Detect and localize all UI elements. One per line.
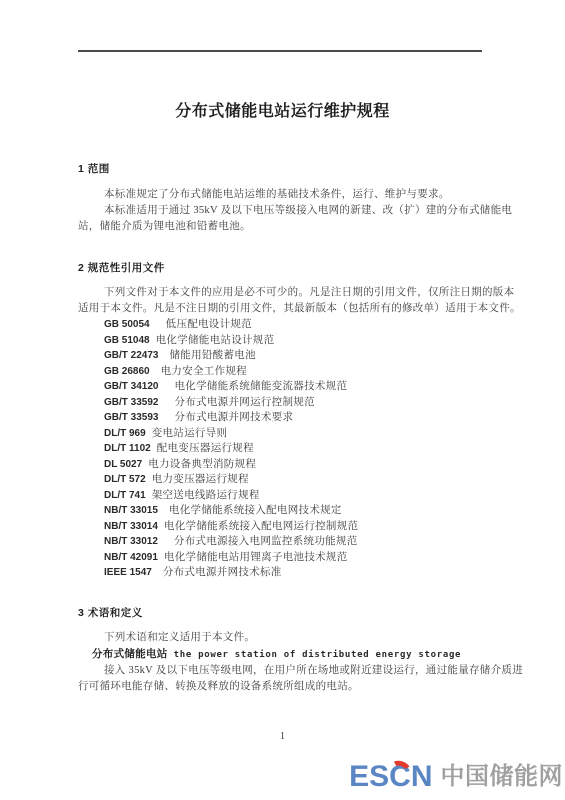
- reference-item: DL/T 969变电站运行导则: [78, 426, 498, 442]
- escn-site-name: 中国储能网: [441, 760, 564, 794]
- reference-code: GB/T 34120: [104, 381, 158, 392]
- reference-item: GB 50054低压配电设计规范: [78, 317, 498, 333]
- reference-code: NB/T 33014: [104, 521, 158, 532]
- reference-title: 分布式电源并网运行控制规范: [174, 397, 314, 408]
- reference-item: GB 26860电力安全工作规程: [78, 364, 498, 380]
- reference-title: 电力变压器运行规程: [152, 474, 249, 485]
- section-scope-heading: 1 范围: [78, 161, 498, 177]
- reference-title: 分布式电源并网技术要求: [174, 412, 293, 423]
- reference-code: GB/T 33593: [104, 412, 158, 423]
- section-scope: 1 范围 本标准规定了分布式储能电站运维的基础技术条件，运行、维护与要求。 本标…: [78, 161, 498, 235]
- reference-item: GB/T 33593分布式电源并网技术要求: [78, 410, 498, 426]
- section-terms-definitions: 3 术语和定义 下列术语和定义适用于本文件。 分布式储能电站the power …: [78, 605, 498, 695]
- section-normative-references: 2 规范性引用文件 下列文件对于本文件的应用是必不可少的。凡是注日期的引用文件，…: [78, 260, 498, 581]
- document-page: 分布式储能电站运行维护规程 1 范围 本标准规定了分布式储能电站运维的基础技术条…: [0, 0, 565, 800]
- reference-title: 低压配电设计规范: [166, 319, 252, 330]
- reference-title: 电力安全工作规程: [161, 366, 247, 377]
- reference-item: GB/T 33592分布式电源并网运行控制规范: [78, 395, 498, 411]
- term-zh: 分布式储能电站: [92, 648, 168, 660]
- reference-code: GB 51048: [104, 335, 150, 346]
- reference-item: IEEE 1547分布式电源并网技术标准: [78, 565, 498, 581]
- reference-title: 电化学储能系统储能变流器技术规范: [174, 381, 347, 392]
- reference-title: 电力设备典型消防规程: [148, 459, 256, 470]
- reference-code: DL/T 969: [104, 428, 146, 439]
- text-line: 接入 35kV 及以下电压等级电网，在用户所在场地或附近建设运行，通过能量存储介…: [78, 663, 498, 679]
- reference-title: 分布式电源接入电网监控系统功能规范: [174, 536, 358, 547]
- reference-title: 分布式电源并网技术标准: [163, 567, 282, 578]
- text-line: 本标准规定了分布式储能电站运维的基础技术条件，运行、维护与要求。: [78, 187, 498, 203]
- reference-code: GB 26860: [104, 366, 150, 377]
- text-line: 下列文件对于本文件的应用是必不可少的。凡是注日期的引用文件，仅所注日期的版本: [78, 285, 498, 301]
- term-definition-title: 分布式储能电站the power station of distributed …: [78, 646, 498, 663]
- reference-code: GB/T 33592: [104, 397, 158, 408]
- reference-item: NB/T 33012分布式电源接入电网监控系统功能规范: [78, 534, 498, 550]
- reference-title: 电化学储能系统接入配电网运行控制规范: [164, 521, 358, 532]
- reference-item: NB/T 42091电化学储能电站用锂离子电池技术规范: [78, 550, 498, 566]
- reference-item: NB/T 33015电化学储能系统接入配电网技术规定: [78, 503, 498, 519]
- term-en: the power station of distributed energy …: [174, 650, 462, 660]
- reference-item: NB/T 33014电化学储能系统接入配电网运行控制规范: [78, 519, 498, 535]
- reference-code: DL/T 1102: [104, 443, 151, 454]
- reference-code: GB/T 22473: [104, 350, 158, 361]
- text-line: 适用于本文件。凡是不注日期的引用文件，其最新版本（包括所有的修改单）适用于本文件…: [78, 301, 498, 317]
- reference-title: 电化学储能电站设计规范: [156, 335, 275, 346]
- section-references-heading: 2 规范性引用文件: [78, 260, 498, 276]
- reference-item: DL/T 1102配电变压器运行规程: [78, 441, 498, 457]
- reference-title: 电化学储能系统接入配电网技术规定: [169, 505, 342, 516]
- text-line: 行可循环电能存储、转换及释放的设备系统所组成的电站。: [78, 679, 498, 695]
- text-line: 本标准适用于通过 35kV 及以下电压等级接入电网的新建、改（扩）建的分布式储能…: [78, 203, 498, 219]
- reference-title: 配电变压器运行规程: [157, 443, 254, 454]
- reference-code: NB/T 42091: [104, 552, 158, 563]
- reference-item: DL/T 741架空送电线路运行规程: [78, 488, 498, 504]
- escn-logo-text: ESCN: [349, 760, 432, 794]
- reference-code: IEEE 1547: [104, 567, 152, 578]
- page-number: 1: [78, 729, 487, 745]
- reference-code: DL/T 741: [104, 490, 146, 501]
- reference-title: 储能用铅酸蓄电池: [169, 350, 255, 361]
- header-rule: [78, 50, 482, 52]
- section-terms-heading: 3 术语和定义: [78, 605, 498, 621]
- reference-code: NB/T 33012: [104, 536, 158, 547]
- reference-item: DL/T 572电力变压器运行规程: [78, 472, 498, 488]
- reference-code: DL/T 572: [104, 474, 146, 485]
- text-line: 站，储能介质为锂电池和铅蓄电池。: [78, 219, 498, 235]
- reference-item: GB/T 22473储能用铅酸蓄电池: [78, 348, 498, 364]
- reference-item: GB 51048电化学储能电站设计规范: [78, 333, 498, 349]
- reference-code: DL 5027: [104, 459, 142, 470]
- text-line: 下列术语和定义适用于本文件。: [78, 630, 498, 646]
- reference-title: 电化学储能电站用锂离子电池技术规范: [164, 552, 348, 563]
- escn-watermark: ESCN 中国储能网: [349, 759, 563, 795]
- reference-title: 变电站运行导则: [152, 428, 228, 439]
- reference-item: DL 5027电力设备典型消防规程: [78, 457, 498, 473]
- reference-code: GB 50054: [104, 319, 150, 330]
- reference-title: 架空送电线路运行规程: [152, 490, 260, 501]
- reference-item: GB/T 34120电化学储能系统储能变流器技术规范: [78, 379, 498, 395]
- reference-code: NB/T 33015: [104, 505, 158, 516]
- document-title: 分布式储能电站运行维护规程: [78, 101, 487, 123]
